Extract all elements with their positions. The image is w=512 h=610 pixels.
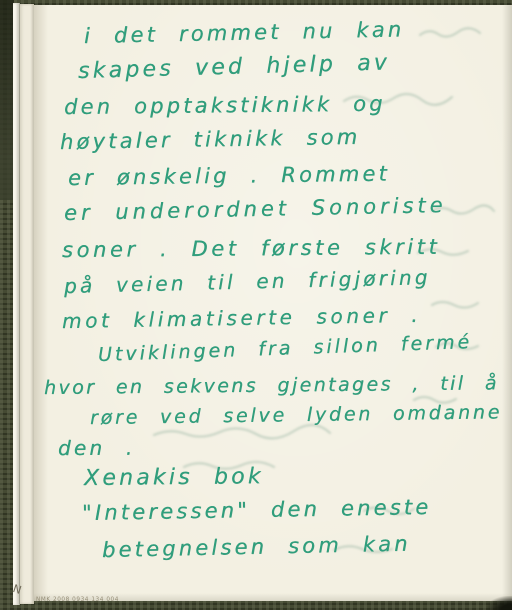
page-edge-outer — [13, 3, 20, 605]
book-cover-edge — [0, 0, 14, 200]
archive-number: NMK 2008 0934 134 004 — [36, 596, 119, 603]
handwriting-line: den opptakstiknikk og — [64, 92, 386, 119]
scanned-notebook-page: i det rommet nu kan skapes ved hjelp av … — [0, 0, 512, 610]
handwriting-line: den . — [58, 436, 136, 460]
handwriting-line: er ønskelig . Rommet — [68, 162, 390, 190]
cover-corner-shadow — [486, 596, 512, 610]
handwriting-line: Xenakis bok — [84, 464, 264, 491]
page-edge-inner — [20, 4, 34, 604]
handwriting-line: soner . Det første skritt — [62, 235, 441, 262]
